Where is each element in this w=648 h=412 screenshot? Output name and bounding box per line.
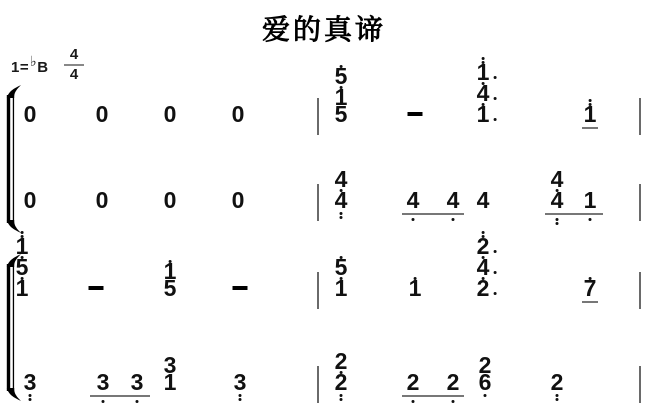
octave-dots <box>102 399 105 403</box>
digit: 5 <box>164 280 177 297</box>
octave-dot <box>484 394 487 397</box>
octave-dot <box>29 394 32 397</box>
octave-dots <box>484 394 487 398</box>
digit: 2 <box>335 374 348 391</box>
octave-dot <box>340 212 343 215</box>
digit: 2 <box>335 353 348 370</box>
digit: 4 <box>551 192 564 209</box>
dash-mark <box>408 112 423 116</box>
digit: 4 <box>335 171 348 188</box>
dash-mark <box>89 286 104 290</box>
beam-mark <box>582 301 598 303</box>
beam-mark <box>582 127 598 129</box>
digit: 4 <box>335 192 348 209</box>
dash-mark <box>233 286 248 290</box>
digit: 4 <box>477 192 490 209</box>
digit: 4 <box>551 171 564 188</box>
octave-dots <box>29 394 32 402</box>
octave-dot <box>556 218 559 221</box>
digit: 4 <box>447 192 460 209</box>
beam-mark <box>402 395 464 397</box>
digit: 1 <box>477 106 490 123</box>
digit: 3 <box>24 374 37 391</box>
digit: 1 <box>16 238 29 255</box>
octave-dots <box>340 212 343 220</box>
octave-dots <box>452 399 455 403</box>
digit: 1 <box>477 64 490 81</box>
octave-dot <box>340 394 343 397</box>
octave-dots <box>556 394 559 402</box>
digit: 5 <box>335 106 348 123</box>
octave-dot <box>556 222 559 225</box>
digit: 2 <box>551 374 564 391</box>
octave-dot <box>239 398 242 401</box>
octave-dot <box>452 218 455 221</box>
octave-dot <box>102 400 105 403</box>
bar-line-mark <box>639 272 641 309</box>
octave-dot <box>556 398 559 401</box>
digit: 0 <box>96 106 109 123</box>
augmentation-dot <box>493 118 496 121</box>
augmentation-dot <box>493 76 496 79</box>
beam-mark <box>402 213 464 215</box>
octave-dot <box>136 400 139 403</box>
digit: 4 <box>477 85 490 102</box>
augmentation-dot <box>493 271 496 274</box>
octave-dot <box>589 218 592 221</box>
digit: 1 <box>164 374 177 391</box>
digit: 3 <box>234 374 247 391</box>
octave-dot <box>412 218 415 221</box>
octave-dots <box>556 217 559 225</box>
octave-dots <box>136 399 139 403</box>
digit: 5 <box>335 259 348 276</box>
digit: 2 <box>447 374 460 391</box>
digit: 7 <box>584 280 597 297</box>
digit: 1 <box>584 106 597 123</box>
digit: 0 <box>96 192 109 209</box>
digit: 3 <box>97 374 110 391</box>
octave-dots <box>412 217 415 221</box>
digit: 6 <box>479 374 492 391</box>
digit: 1 <box>584 192 597 209</box>
system-bracket <box>4 87 22 231</box>
augmentation-dot <box>493 250 496 253</box>
digit: 0 <box>24 106 37 123</box>
octave-dot <box>239 394 242 397</box>
bar-line-mark <box>317 272 319 309</box>
digit: 4 <box>407 192 420 209</box>
bar-line-mark <box>317 184 319 221</box>
score-canvas: 0000515141100004444444115115511242733331… <box>0 0 648 412</box>
sheet-page: 爱的真谛 1=♭B 4 4 00005151411000044444441151… <box>0 0 648 412</box>
octave-dot <box>412 400 415 403</box>
bar-line-mark <box>639 184 641 221</box>
bar-line-mark <box>639 98 641 135</box>
octave-dot <box>29 398 32 401</box>
digit: 1 <box>335 280 348 297</box>
octave-dots <box>452 217 455 221</box>
digit: 2 <box>407 374 420 391</box>
digit: 2 <box>477 238 490 255</box>
octave-dots <box>340 394 343 402</box>
digit: 0 <box>24 192 37 209</box>
system-bracket <box>4 256 22 399</box>
digit: 5 <box>335 68 348 85</box>
octave-dots <box>239 394 242 402</box>
digit: 0 <box>164 106 177 123</box>
beam-mark <box>545 213 603 215</box>
octave-dot <box>340 398 343 401</box>
beam-mark <box>90 395 150 397</box>
octave-dot <box>340 216 343 219</box>
digit: 0 <box>232 106 245 123</box>
octave-dots <box>412 399 415 403</box>
octave-dots <box>589 217 592 221</box>
augmentation-dot <box>493 97 496 100</box>
digit: 4 <box>477 259 490 276</box>
octave-dot <box>452 400 455 403</box>
bar-line-mark <box>639 366 641 403</box>
digit: 0 <box>232 192 245 209</box>
bar-line-mark <box>317 98 319 135</box>
bar-line-mark <box>317 366 319 403</box>
augmentation-dot <box>493 292 496 295</box>
digit: 1 <box>409 280 422 297</box>
digit: 2 <box>477 280 490 297</box>
digit: 3 <box>131 374 144 391</box>
digit: 0 <box>164 192 177 209</box>
octave-dot <box>556 394 559 397</box>
